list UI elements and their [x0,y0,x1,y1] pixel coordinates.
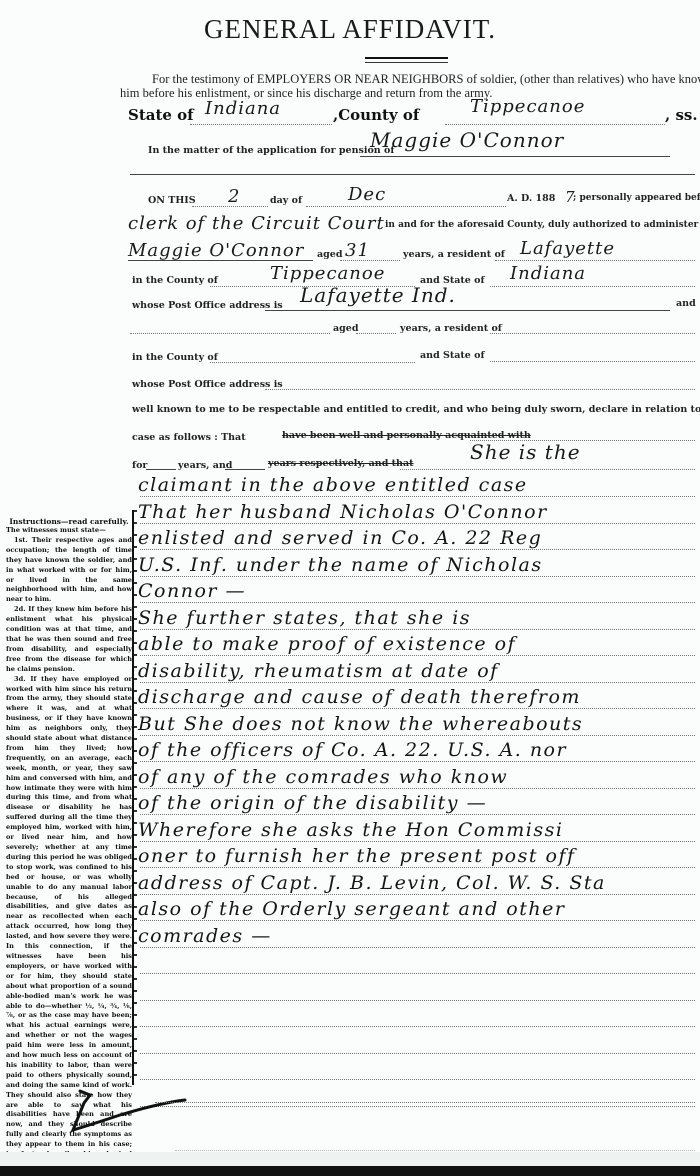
title-underline [365,57,448,59]
witness1-name-field[interactable]: Maggie O'Connor [128,240,304,261]
statement-rule-line [140,708,695,709]
statement-line[interactable]: also of the Orderly sergeant and other [138,898,565,920]
county-of-label-2: in the County of [132,352,218,363]
statement-line[interactable]: discharge and cause of death therefrom [138,686,581,708]
for-years-line [146,469,176,470]
intro-line-1: For the testimony of EMPLOYERS OR NEAR N… [152,72,700,87]
intro-line-2: him before his enlistment, or since his … [120,86,492,101]
statement-line[interactable]: able to make proof of existence of [138,633,516,655]
statement-line[interactable]: U.S. Inf. under the name of Nicholas [138,554,543,576]
instructions-sidebar: Instructions—read carefully. The witness… [6,517,132,1176]
and-state-label-2: and State of [420,350,485,361]
statement-line[interactable]: But She does not know the whereabouts [138,713,583,735]
on-this-label: ON THIS [148,195,196,206]
statement-rule-line [140,655,695,656]
scan-edge [0,1152,700,1166]
statement-line[interactable]: Wherefore she asks the Hon Commissi [138,819,563,841]
statement-rule-line [140,549,695,550]
instructions-intro: The witnesses must state— [6,526,132,536]
resident-label-2: years, a resident of [400,323,502,334]
appeared-label: ; personally appeared before me, a [573,193,700,203]
witness1-residence-field[interactable]: Lafayette [520,238,615,259]
aged-label-2: aged [333,323,359,334]
officer-suffix: in and for the aforesaid County, duly au… [385,220,700,230]
instructions-heading: Instructions—read carefully. [6,517,132,526]
separator-line [130,174,695,175]
statement-line[interactable]: Connor — [138,580,246,602]
instructions-para-1: 1st. Their respective ages and occupatio… [6,536,132,605]
statement-start[interactable]: She is the [470,440,581,464]
statement-rule-line [140,602,695,603]
w2-residence-line [490,333,695,334]
statement-rule-line [140,1026,695,1027]
statement-rule-line [140,788,695,789]
statement-line[interactable]: claimant in the above entitled case [138,474,528,496]
resident-label: years, a resident of [403,249,505,260]
w2-name-line [130,333,330,334]
signature-line [155,1102,695,1103]
matter-field-line [360,156,670,157]
sidebar-ticks [134,510,137,1085]
witness1-state-field[interactable]: Indiana [510,263,586,284]
statement-line[interactable]: of any of the comrades who know [138,766,508,788]
month-field[interactable]: Dec [348,184,386,205]
day-field[interactable]: 2 [228,186,240,207]
month-field-line [306,206,506,207]
statement-rule-line [140,973,695,974]
statement-line[interactable]: She further states, that she is [138,607,471,629]
county-field-line [445,124,665,125]
statement-line[interactable]: oner to furnish her the present post off [138,845,576,867]
statement-rule-line [140,814,695,815]
statement-rule-line [140,1053,695,1054]
witness1-county-field[interactable]: Tippecanoe [270,263,385,284]
ad-label: A. D. 188 [507,193,555,204]
instructions-para-2: 2d. If they knew him before his enlistme… [6,605,132,674]
statement-rule-line [140,894,695,895]
witness1-name-line [128,260,313,261]
w2-po-line [265,389,695,390]
known-label: well known to me to be respectable and e… [132,404,700,415]
statement-rule-line [140,682,695,683]
statement-rule-line [140,920,695,921]
po-label-2: whose Post Office address is [132,379,283,390]
statement-rule-line [140,761,695,762]
statement-rule-line [140,496,695,497]
title-underline-thin [365,62,448,63]
witness1-po-field[interactable]: Lafayette Ind. [300,283,456,307]
matter-field[interactable]: Maggie O'Connor [370,128,564,152]
statement-line[interactable]: of the officers of Co. A. 22. U.S. A. no… [138,739,567,761]
statement-rule-line [140,1000,695,1001]
state-label: State of [128,106,194,124]
county-field[interactable]: Tippecanoe [470,96,585,117]
statement-line[interactable]: enlisted and served in Co. A. 22 Reg [138,527,542,549]
signature-mark-icon [70,1085,240,1140]
ss-label: , ss. [665,106,698,124]
statement-rule-line [140,523,695,524]
statement-rule-line [140,841,695,842]
aged-label: aged [317,249,343,260]
scan-border [0,1166,700,1176]
footer-line [175,1150,695,1151]
state-field[interactable]: Indiana [205,98,281,119]
po-label: whose Post Office address is [132,300,283,311]
statement-first-line [400,469,695,470]
w2-state-line [490,361,695,362]
statement-line[interactable]: of the origin of the disability — [138,792,487,814]
form-title: GENERAL AFFIDAVIT. [0,14,700,45]
county-of-label: in the County of [132,275,218,286]
case-label: case as follows : That [132,432,246,443]
residence-field-line [495,260,695,261]
statement-rule-line [140,629,695,630]
statement-rule-line [140,1079,695,1080]
officer-field[interactable]: clerk of the Circuit Court [128,213,385,234]
w2-age-line [356,333,396,334]
and-label: and [676,298,696,309]
county-label: ,County of [333,106,419,124]
respectively-label: years respectively, and that [268,458,414,469]
matter-label: In the matter of the application for pen… [148,145,394,156]
state-field-line [190,124,332,125]
statement-rule-line [140,576,695,577]
years2-line [225,469,265,470]
w1-state-line [490,286,695,287]
statement-line[interactable]: address of Capt. J. B. Levin, Col. W. S.… [138,872,606,894]
statement-rule-line [140,947,695,948]
statement-rule-line [140,735,695,736]
statement-line[interactable]: comrades — [138,925,272,947]
w2-county-line [210,362,415,363]
day-of-label: day of [270,195,302,206]
witness1-age-field[interactable]: 31 [345,240,370,261]
w1-po-line [265,310,670,311]
statement-line[interactable]: That her husband Nicholas O'Connor [138,501,548,523]
statement-line[interactable]: disability, rheumatism at date of [138,660,499,682]
statement-rule-line [140,867,695,868]
